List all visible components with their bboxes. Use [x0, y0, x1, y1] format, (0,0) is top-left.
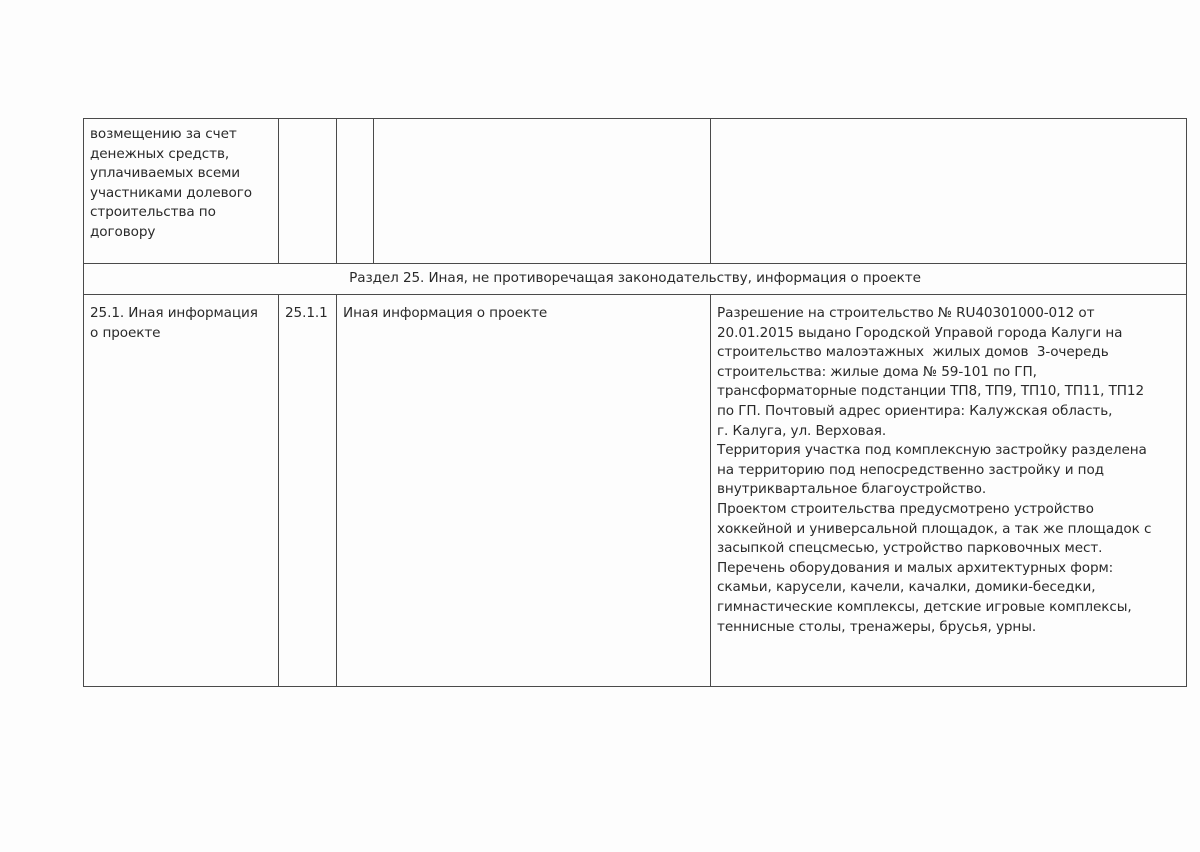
value-line: Территория участка под комплексную застр… — [717, 441, 1180, 461]
value-line: гимнастические комплексы, детские игровы… — [717, 598, 1180, 618]
continuation-code-cell — [279, 119, 337, 264]
value-line: по ГП. Почтовый адрес ориентира: Калужск… — [717, 402, 1180, 422]
item-value-cell: Разрешение на строительство № RU40301000… — [711, 295, 1187, 687]
continuation-name-cell — [374, 119, 711, 264]
value-line: Проектом строительства предусмотрено уст… — [717, 500, 1180, 520]
value-line: Разрешение на строительство № RU40301000… — [717, 304, 1180, 324]
value-line: Перечень оборудования и малых архитектур… — [717, 559, 1180, 579]
item-value-text: Разрешение на строительство № RU40301000… — [717, 304, 1180, 637]
value-line: внутриквартальное благоустройство. — [717, 480, 1180, 500]
value-line: 20.01.2015 выдано Городской Управой горо… — [717, 324, 1180, 344]
table-row: возмещению за счет денежных средств, упл… — [84, 119, 1187, 264]
continuation-subcode-cell — [337, 119, 374, 264]
continuation-value-cell — [711, 119, 1187, 264]
item-code-cell: 25.1.1 — [279, 295, 337, 687]
value-line: хоккейной и универсальной площадок, а та… — [717, 520, 1180, 540]
value-line: г. Калуга, ул. Верховая. — [717, 422, 1180, 442]
value-line: скамьи, карусели, качели, качалки, домик… — [717, 578, 1180, 598]
group-label-cell: 25.1. Иная информация о проекте — [84, 295, 279, 687]
value-line: строительство малоэтажных жилых домов 3-… — [717, 343, 1180, 363]
section-header-row: Раздел 25. Иная, не противоречащая закон… — [84, 264, 1187, 295]
table-row: 25.1. Иная информация о проекте 25.1.1 И… — [84, 295, 1187, 687]
project-declaration-table: возмещению за счет денежных средств, упл… — [83, 118, 1187, 687]
value-line: на территорию под непосредственно застро… — [717, 461, 1180, 481]
section-title: Раздел 25. Иная, не противоречащая закон… — [84, 264, 1187, 295]
item-name-cell: Иная информация о проекте — [337, 295, 711, 687]
value-line: теннисные столы, тренажеры, брусья, урны… — [717, 618, 1180, 638]
value-line: засыпкой спецсмесью, устройство парковоч… — [717, 539, 1180, 559]
value-line: трансформаторные подстанции ТП8, ТП9, ТП… — [717, 382, 1180, 402]
value-line: строительства: жилые дома № 59-101 по ГП… — [717, 363, 1180, 383]
continuation-label-cell: возмещению за счет денежных средств, упл… — [84, 119, 279, 264]
